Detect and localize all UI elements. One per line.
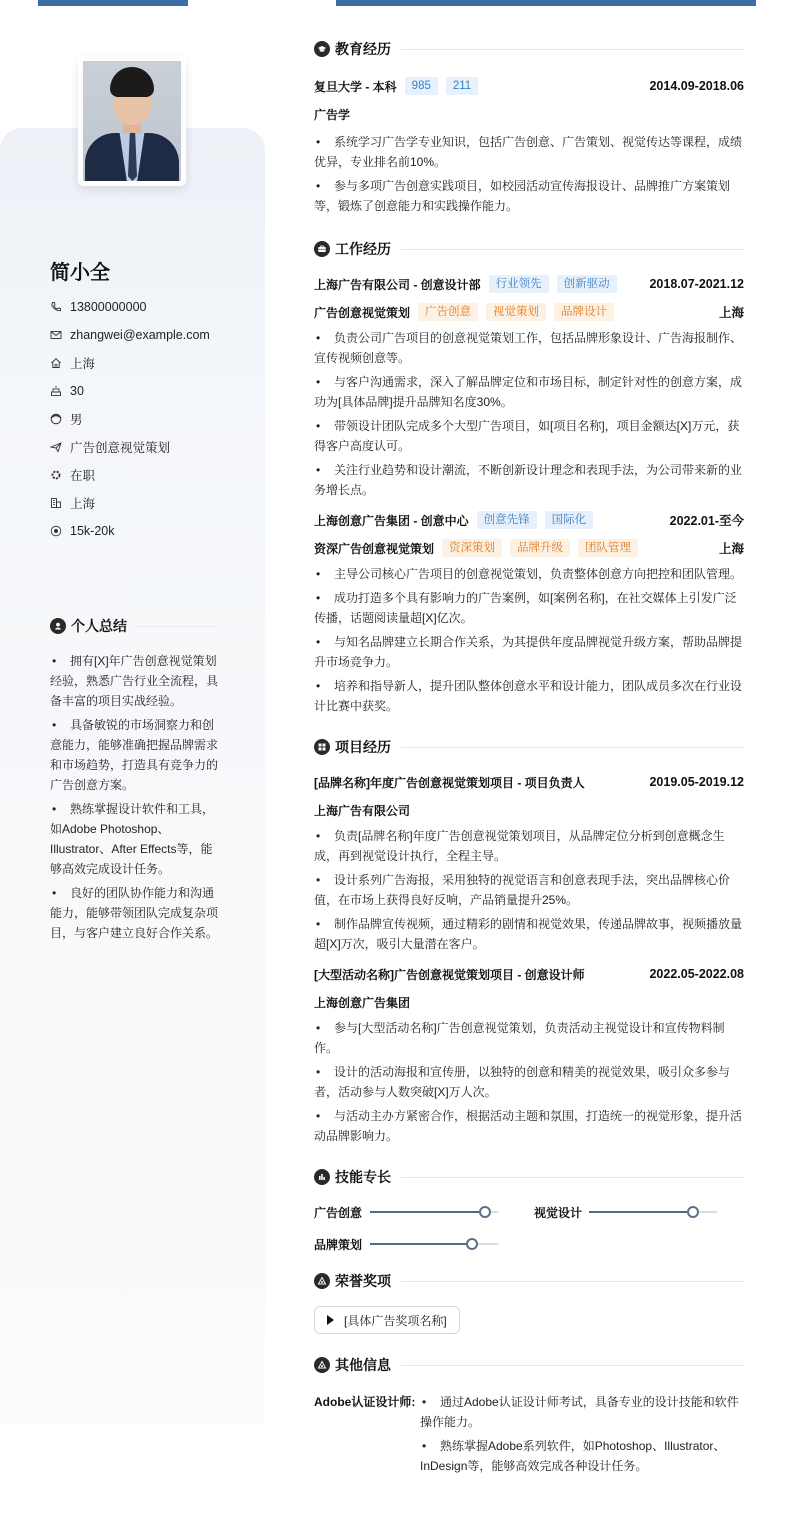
project-item: 制作品牌宣传视频，通过精彩的剧情和视觉效果，传递品牌故事，视频播放量超[X]万次… bbox=[314, 914, 744, 954]
project-item: 设计系列广告海报，采用独特的视觉语言和创意表现手法，突出品牌核心价值，在市场上获… bbox=[314, 870, 744, 910]
school-tag: 211 bbox=[446, 77, 478, 95]
info-position: 广告创意视觉策划 bbox=[50, 433, 210, 461]
home-value: 上海 bbox=[70, 354, 95, 372]
project-org: 上海广告有限公司 bbox=[314, 802, 410, 819]
project-name: [大型活动名称]广告创意视觉策划项目 - 创意设计师 bbox=[314, 966, 585, 983]
summary-item: 良好的团队协作能力和沟通能力，能够带领团队完成复杂项目，与客户建立良好合作关系。 bbox=[50, 883, 218, 943]
status-value: 在职 bbox=[70, 466, 95, 484]
job-entry: 上海创意广告集团 - 创意中心创意先锋国际化 2022.01-至今 资深广告创意… bbox=[314, 510, 744, 716]
summary-item: 具备敏锐的市场洞察力和创意能力，能够准确把握品牌需求和市场趋势，打造具有竞争力的… bbox=[50, 715, 218, 795]
summary-item: 拥有[X]年广告创意视觉策划经验，熟悉广告行业全流程，具备丰富的项目实战经验。 bbox=[50, 651, 218, 711]
section-divider bbox=[401, 49, 744, 50]
other-header: 其他信息 bbox=[314, 1354, 744, 1376]
project-entry: [品牌名称]年度广告创意视觉策划项目 - 项目负责人 2019.05-2019.… bbox=[314, 772, 744, 954]
education-item: 参与多项广告创意实践项目，如校园活动宣传海报设计、品牌推广方案策划等，锻炼了创意… bbox=[314, 176, 744, 216]
education-period: 2014.09-2018.06 bbox=[649, 79, 744, 93]
education-major-row: 广告学 bbox=[314, 104, 744, 124]
role-tag: 视觉策划 bbox=[486, 303, 546, 321]
job-item: 关注行业趋势和设计潮流，不断创新设计理念和表现手法，为公司带来新的业务增长点。 bbox=[314, 460, 744, 500]
skill-item: 品牌策划 bbox=[314, 1234, 534, 1254]
main-content: 教育经历 复旦大学 - 本科985211 2014.09-2018.06 广告学… bbox=[314, 38, 744, 1480]
education-details: 系统学习广告学专业知识，包括广告创意、广告策划、视觉传达等课程，成绩优异，专业排… bbox=[314, 132, 744, 216]
role-tag: 团队管理 bbox=[578, 539, 638, 557]
job-role-row: 广告创意视觉策划广告创意视觉策划品牌设计 上海 bbox=[314, 302, 744, 322]
project-period: 2019.05-2019.12 bbox=[649, 775, 744, 789]
projects-section: 项目经历 [品牌名称]年度广告创意视觉策划项目 - 项目负责人 2019.05-… bbox=[314, 736, 744, 1146]
skill-name: 视觉设计 bbox=[534, 1204, 589, 1221]
role-tag: 广告创意 bbox=[418, 303, 478, 321]
job-company-row: 上海创意广告集团 - 创意中心创意先锋国际化 2022.01-至今 bbox=[314, 510, 744, 530]
position-value: 广告创意视觉策划 bbox=[70, 438, 170, 456]
info-home: 上海 bbox=[50, 349, 210, 377]
other-section: 其他信息 Adobe认证设计师: 通过Adobe认证设计师考试，具备专业的设计技… bbox=[314, 1354, 744, 1480]
job-item: 主导公司核心广告项目的创意视觉策划，负责整体创意方向把控和团队管理。 bbox=[314, 564, 744, 584]
company-tag: 行业领先 bbox=[489, 275, 549, 293]
education-header: 教育经历 bbox=[314, 38, 744, 60]
grid-icon bbox=[314, 739, 330, 755]
skill-slider bbox=[370, 1243, 498, 1245]
project-item: 参与[大型活动名称]广告创意视觉策划，负责活动主视觉设计和宣传物料制作。 bbox=[314, 1018, 744, 1058]
skill-item: 广告创意 bbox=[314, 1202, 534, 1222]
education-section: 教育经历 复旦大学 - 本科985211 2014.09-2018.06 广告学… bbox=[314, 38, 744, 216]
project-name-row: [品牌名称]年度广告创意视觉策划项目 - 项目负责人 2019.05-2019.… bbox=[314, 772, 744, 792]
job-company-row: 上海广告有限公司 - 创意设计部行业领先创新驱动 2018.07-2021.12 bbox=[314, 274, 744, 294]
role-tag: 品牌升级 bbox=[510, 539, 570, 557]
info-city: 上海 bbox=[50, 489, 210, 517]
company-tag: 创意先锋 bbox=[477, 511, 537, 529]
company-tag: 国际化 bbox=[545, 511, 594, 529]
position-icon bbox=[50, 441, 62, 453]
phone-icon bbox=[50, 301, 62, 313]
top-accent-bar-left bbox=[38, 0, 188, 6]
education-item: 系统学习广告学专业知识，包括广告创意、广告策划、视觉传达等课程，成绩优异，专业排… bbox=[314, 132, 744, 172]
play-triangle-icon bbox=[327, 1315, 334, 1325]
user-icon bbox=[50, 618, 66, 634]
job-entry: 上海广告有限公司 - 创意设计部行业领先创新驱动 2018.07-2021.12… bbox=[314, 274, 744, 500]
job-period: 2022.01-至今 bbox=[670, 511, 744, 529]
info-status: 在职 bbox=[50, 461, 210, 489]
job-item: 与客户沟通需求，深入了解品牌定位和市场目标，制定针对性的创意方案，成功为[具体品… bbox=[314, 372, 744, 412]
school-name: 复旦大学 - 本科 bbox=[314, 78, 397, 95]
company-tag: 创新驱动 bbox=[557, 275, 617, 293]
other-details: 通过Adobe认证设计师考试，具备专业的设计技能和软件操作能力。 熟练掌握Ado… bbox=[420, 1392, 744, 1480]
age-value: 30 bbox=[70, 384, 84, 398]
section-divider bbox=[401, 747, 744, 748]
info-email: zhangwei@example.com bbox=[50, 321, 210, 349]
company-name: 上海广告有限公司 - 创意设计部 bbox=[314, 276, 481, 293]
role-tag: 品牌设计 bbox=[554, 303, 614, 321]
skill-item: 视觉设计 bbox=[534, 1202, 744, 1222]
job-period: 2018.07-2021.12 bbox=[649, 277, 744, 291]
summary-header: 个人总结 bbox=[50, 615, 218, 637]
mail-icon bbox=[50, 329, 62, 341]
info-age: 30 bbox=[50, 377, 210, 405]
candidate-name: 简小全 bbox=[50, 256, 110, 285]
projects-header: 项目经历 bbox=[314, 736, 744, 758]
slider-knob bbox=[466, 1238, 478, 1250]
project-item: 与活动主办方紧密合作，根据活动主题和氛围，打造统一的视觉形象，提升活动品牌影响力… bbox=[314, 1106, 744, 1146]
graduation-cap-icon bbox=[314, 41, 330, 57]
company-name: 上海创意广告集团 - 创意中心 bbox=[314, 512, 469, 529]
info-salary: 15k-20k bbox=[50, 517, 210, 545]
education-school-row: 复旦大学 - 本科985211 2014.09-2018.06 bbox=[314, 76, 744, 96]
project-details: 参与[大型活动名称]广告创意视觉策划，负责活动主视觉设计和宣传物料制作。 设计的… bbox=[314, 1018, 744, 1146]
section-divider bbox=[401, 249, 744, 250]
project-period: 2022.05-2022.08 bbox=[649, 967, 744, 981]
slider-knob bbox=[687, 1206, 699, 1218]
skill-name: 品牌策划 bbox=[314, 1236, 370, 1253]
age-icon bbox=[50, 385, 62, 397]
project-name-row: [大型活动名称]广告创意视觉策划项目 - 创意设计师 2022.05-2022.… bbox=[314, 964, 744, 984]
awards-header: 荣誉奖项 bbox=[314, 1270, 744, 1292]
job-role: 资深广告创意视觉策划 bbox=[314, 540, 434, 557]
top-accent-bar-right bbox=[336, 0, 756, 6]
home-icon bbox=[50, 357, 62, 369]
other-item: 熟练掌握Adobe系列软件，如Photoshop、Illustrator、InD… bbox=[420, 1436, 744, 1476]
job-item: 培养和指导新人，提升团队整体创意水平和设计能力，团队成员多次在行业设计比赛中获奖… bbox=[314, 676, 744, 716]
section-divider bbox=[401, 1177, 744, 1178]
job-location: 上海 bbox=[719, 539, 744, 557]
skill-slider bbox=[370, 1211, 498, 1213]
project-item: 负责[品牌名称]年度广告创意视觉策划项目，从品牌定位分析到创意概念生成，再到视觉… bbox=[314, 826, 744, 866]
city-icon bbox=[50, 497, 62, 509]
role-tag: 资深策划 bbox=[442, 539, 502, 557]
work-section: 工作经历 上海广告有限公司 - 创意设计部行业领先创新驱动 2018.07-20… bbox=[314, 238, 744, 716]
education-title: 教育经历 bbox=[335, 39, 391, 59]
job-item: 带领设计团队完成多个大型广告项目，如[项目名称]，项目金额达[X]万元，获得客户… bbox=[314, 416, 744, 456]
slider-knob bbox=[479, 1206, 491, 1218]
project-name: [品牌名称]年度广告创意视觉策划项目 - 项目负责人 bbox=[314, 774, 585, 791]
briefcase-icon bbox=[314, 241, 330, 257]
skills-header: 技能专长 bbox=[314, 1166, 744, 1188]
award-name: [具体广告奖项名称] bbox=[344, 1312, 447, 1329]
major: 广告学 bbox=[314, 106, 350, 123]
summary-title: 个人总结 bbox=[71, 616, 127, 636]
skills-grid: 广告创意 视觉设计 品牌策划 bbox=[314, 1202, 744, 1254]
project-org-row: 上海创意广告集团 bbox=[314, 992, 744, 1012]
job-location: 上海 bbox=[719, 303, 744, 321]
section-divider bbox=[401, 1281, 744, 1282]
avatar bbox=[78, 56, 186, 186]
job-details: 负责公司广告项目的创意视觉策划工作，包括品牌形象设计、广告海报制作、宣传视频创意… bbox=[314, 328, 744, 500]
job-role-row: 资深广告创意视觉策划资深策划品牌升级团队管理 上海 bbox=[314, 538, 744, 558]
phone-value: 13800000000 bbox=[70, 300, 146, 314]
skill-name: 广告创意 bbox=[314, 1204, 370, 1221]
work-header: 工作经历 bbox=[314, 238, 744, 260]
city-value: 上海 bbox=[70, 494, 95, 512]
other-item: 通过Adobe认证设计师考试，具备专业的设计技能和软件操作能力。 bbox=[420, 1392, 744, 1432]
gender-icon bbox=[50, 413, 62, 425]
awards-title: 荣誉奖项 bbox=[335, 1271, 391, 1291]
salary-value: 15k-20k bbox=[70, 524, 114, 538]
status-icon bbox=[50, 469, 62, 481]
project-item: 设计的活动海报和宣传册，以独特的创意和精美的视觉效果，吸引众多参与者，活动参与人… bbox=[314, 1062, 744, 1102]
section-divider bbox=[401, 1365, 744, 1366]
project-details: 负责[品牌名称]年度广告创意视觉策划项目，从品牌定位分析到创意概念生成，再到视觉… bbox=[314, 826, 744, 954]
profile-photo bbox=[83, 61, 181, 181]
section-divider bbox=[137, 626, 218, 627]
summary-item: 熟练掌握设计软件和工具，如Adobe Photoshop、Illustrator… bbox=[50, 799, 218, 879]
skills-title: 技能专长 bbox=[335, 1167, 391, 1187]
contact-info-list: 13800000000 zhangwei@example.com 上海 30 男… bbox=[50, 293, 210, 545]
other-info-row: Adobe认证设计师: 通过Adobe认证设计师考试，具备专业的设计技能和软件操… bbox=[314, 1392, 744, 1480]
skills-section: 技能专长 广告创意 视觉设计 品牌策划 bbox=[314, 1166, 744, 1254]
email-value: zhangwei@example.com bbox=[70, 328, 210, 342]
salary-icon bbox=[50, 525, 62, 537]
job-details: 主导公司核心广告项目的创意视觉策划，负责整体创意方向把控和团队管理。 成功打造多… bbox=[314, 564, 744, 716]
work-title: 工作经历 bbox=[335, 239, 391, 259]
summary-section: 个人总结 拥有[X]年广告创意视觉策划经验，熟悉广告行业全流程，具备丰富的项目实… bbox=[50, 615, 218, 947]
award-item[interactable]: [具体广告奖项名称] bbox=[314, 1306, 460, 1334]
awards-section: 荣誉奖项 [具体广告奖项名称] bbox=[314, 1270, 744, 1334]
bar-chart-icon bbox=[314, 1169, 330, 1185]
skill-slider bbox=[589, 1211, 717, 1213]
job-item: 与知名品牌建立长期合作关系，为其提供年度品牌视觉升级方案，帮助品牌提升市场竞争力… bbox=[314, 632, 744, 672]
award-icon bbox=[314, 1273, 330, 1289]
job-role: 广告创意视觉策划 bbox=[314, 304, 410, 321]
project-org-row: 上海广告有限公司 bbox=[314, 800, 744, 820]
info-gender: 男 bbox=[50, 405, 210, 433]
school-tag: 985 bbox=[405, 77, 438, 95]
project-org: 上海创意广告集团 bbox=[314, 994, 410, 1011]
job-item: 负责公司广告项目的创意视觉策划工作，包括品牌形象设计、广告海报制作、宣传视频创意… bbox=[314, 328, 744, 368]
summary-list: 拥有[X]年广告创意视觉策划经验，熟悉广告行业全流程，具备丰富的项目实战经验。 … bbox=[50, 651, 218, 943]
other-label: Adobe认证设计师: bbox=[314, 1392, 420, 1480]
info-icon bbox=[314, 1357, 330, 1373]
other-title: 其他信息 bbox=[335, 1355, 391, 1375]
project-entry: [大型活动名称]广告创意视觉策划项目 - 创意设计师 2022.05-2022.… bbox=[314, 964, 744, 1146]
projects-title: 项目经历 bbox=[335, 737, 391, 757]
gender-value: 男 bbox=[70, 410, 83, 428]
info-phone: 13800000000 bbox=[50, 293, 210, 321]
job-item: 成功打造多个具有影响力的广告案例，如[案例名称]，在社交媒体上引发广泛传播，话题… bbox=[314, 588, 744, 628]
